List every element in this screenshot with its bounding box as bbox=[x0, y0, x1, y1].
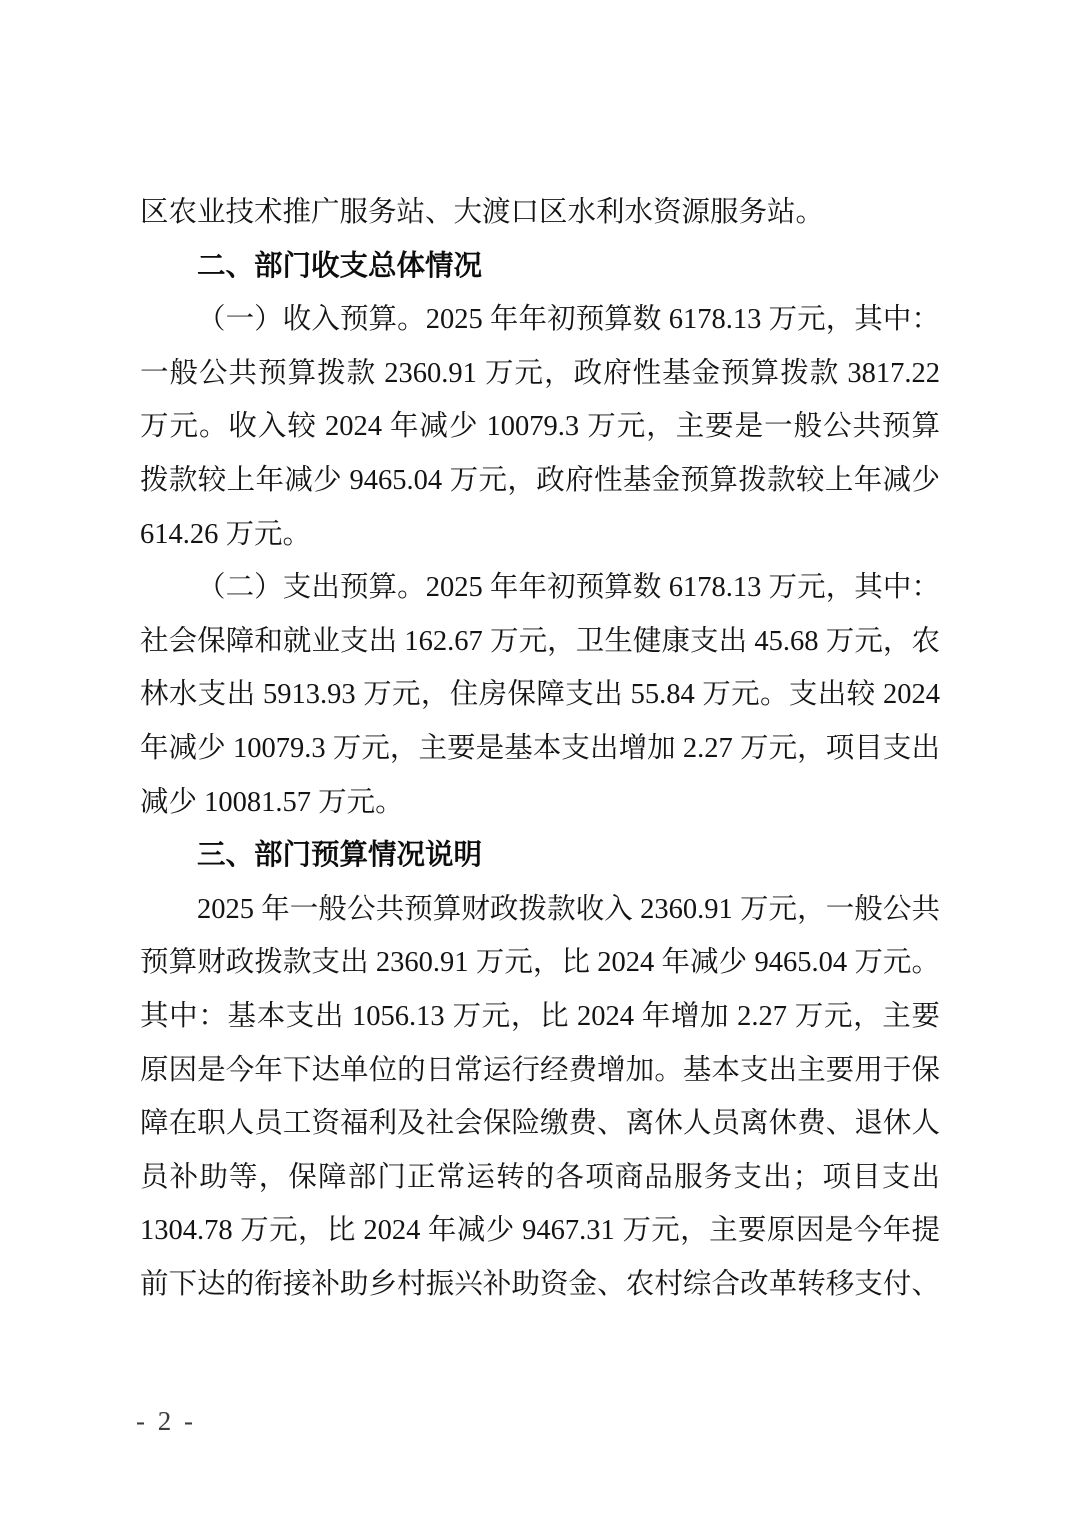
text-line: 拨款较上年减少 9465.04 万元，政府性基金预算拨款较上年减少 bbox=[140, 454, 940, 508]
text-line: 万元。收入较 2024 年减少 10079.3 万元，主要是一般公共预算 bbox=[140, 400, 940, 454]
section-heading: 二、部门收支总体情况 bbox=[140, 240, 940, 294]
text-line: 一般公共预算拨款 2360.91 万元，政府性基金预算拨款 3817.22 bbox=[140, 347, 940, 401]
text-line: 区农业技术推广服务站、大渡口区水利水资源服务站。 bbox=[140, 186, 940, 240]
text-line: 员补助等，保障部门正常运转的各项商品服务支出；项目支出 bbox=[140, 1151, 940, 1205]
text-line: 预算财政拨款支出 2360.91 万元，比 2024 年减少 9465.04 万… bbox=[140, 936, 940, 990]
text-line: （二）支出预算。2025 年年初预算数 6178.13 万元，其中： bbox=[140, 561, 940, 615]
text-line: 年减少 10079.3 万元，主要是基本支出增加 2.27 万元，项目支出 bbox=[140, 722, 940, 776]
text-line: 614.26 万元。 bbox=[140, 508, 940, 562]
section-heading: 三、部门预算情况说明 bbox=[140, 829, 940, 883]
text-line: 林水支出 5913.93 万元，住房保障支出 55.84 万元。支出较 2024 bbox=[140, 668, 940, 722]
text-line: 减少 10081.57 万元。 bbox=[140, 776, 940, 830]
text-line: （一）收入预算。2025 年年初预算数 6178.13 万元，其中： bbox=[140, 293, 940, 347]
text-line: 前下达的衔接补助乡村振兴补助资金、农村综合改革转移支付、 bbox=[140, 1258, 940, 1312]
text-line: 原因是今年下达单位的日常运行经费增加。基本支出主要用于保 bbox=[140, 1044, 940, 1098]
text-line: 障在职人员工资福利及社会保险缴费、离休人员离休费、退休人 bbox=[140, 1097, 940, 1151]
text-line: 其中：基本支出 1056.13 万元，比 2024 年增加 2.27 万元，主要 bbox=[140, 990, 940, 1044]
document-page: 区农业技术推广服务站、大渡口区水利水资源服务站。二、部门收支总体情况（一）收入预… bbox=[0, 0, 1074, 1520]
text-line: 2025 年一般公共预算财政拨款收入 2360.91 万元，一般公共 bbox=[140, 883, 940, 937]
text-line: 社会保障和就业支出 162.67 万元，卫生健康支出 45.68 万元，农 bbox=[140, 615, 940, 669]
page-number: - 2 - bbox=[136, 1401, 196, 1441]
document-body: 区农业技术推广服务站、大渡口区水利水资源服务站。二、部门收支总体情况（一）收入预… bbox=[140, 186, 940, 1311]
text-line: 1304.78 万元，比 2024 年减少 9467.31 万元，主要原因是今年… bbox=[140, 1204, 940, 1258]
